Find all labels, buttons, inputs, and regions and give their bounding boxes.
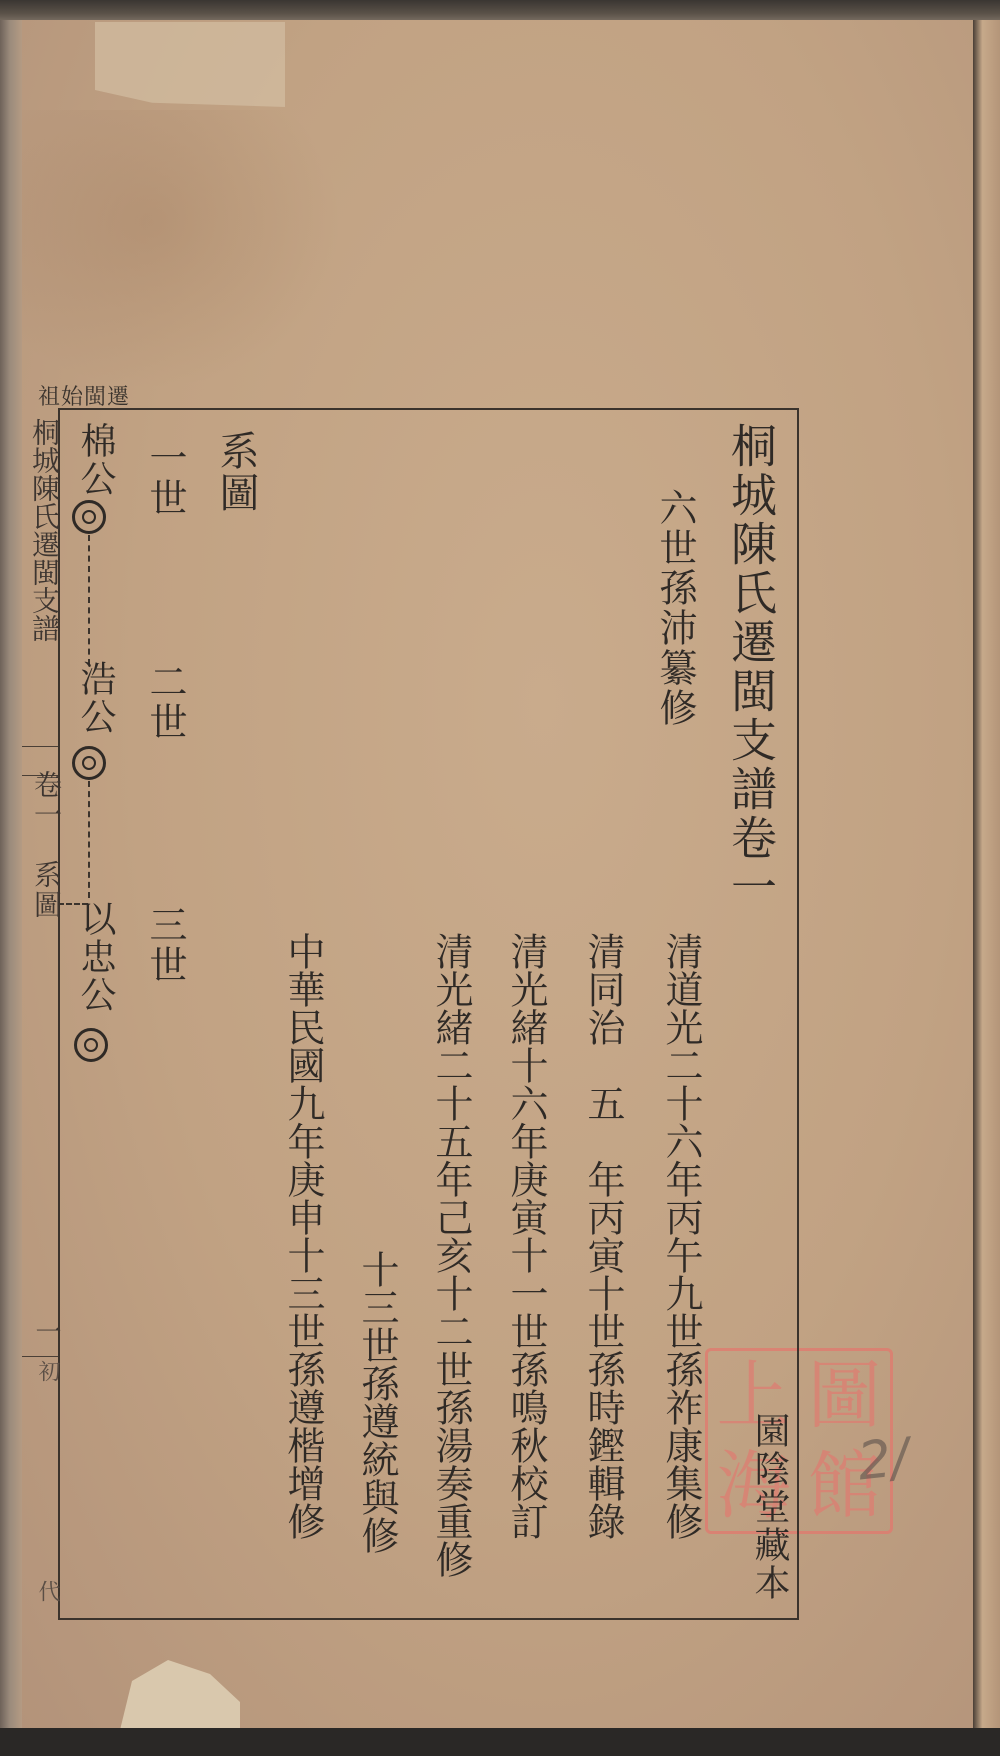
spine-section: 卷一 系圖 bbox=[26, 770, 66, 920]
spine-mark: 代 bbox=[32, 1580, 63, 1604]
edition-line: 清光緒二十五年己亥十二世孫湯奏重修 bbox=[432, 932, 470, 1578]
generation-label: 三世 bbox=[138, 905, 193, 985]
generation-label: 一世 bbox=[138, 438, 193, 518]
book-top-edge bbox=[0, 0, 1000, 22]
pencil-annotation: 2/ bbox=[855, 1428, 912, 1493]
edition-line: 清同治 五 年丙寅十世孫時鏗輯錄 bbox=[584, 932, 622, 1540]
paper-repair-patch bbox=[95, 22, 285, 107]
water-stain bbox=[22, 110, 342, 390]
seal-char: 圖 bbox=[799, 1351, 890, 1441]
spine-divider bbox=[22, 1356, 58, 1357]
ancestor-node-icon bbox=[72, 746, 106, 780]
page-number: 一 bbox=[28, 1318, 65, 1346]
ancestor-name: 浩公 bbox=[70, 660, 121, 736]
generation-label: 二世 bbox=[138, 662, 193, 742]
volume-title: 桐城陳氏遷閩支譜卷一 bbox=[718, 422, 784, 912]
book-bottom-edge bbox=[0, 1728, 1000, 1756]
compiler-credit: 六世孫沛纂修 bbox=[648, 488, 703, 728]
page-right-edge bbox=[973, 20, 1000, 1730]
ancestor-name: 棉公 bbox=[70, 422, 121, 498]
owner-mark: 園陰堂藏本 bbox=[744, 1412, 795, 1602]
lineage-line bbox=[88, 535, 90, 665]
migration-ancestor-label: 遷閩始祖 bbox=[38, 380, 130, 411]
book-spine bbox=[0, 20, 22, 1730]
spine-mark: 初 bbox=[32, 1360, 63, 1384]
edition-line: 清道光二十六年丙午九世孫祚康集修 bbox=[662, 932, 700, 1540]
edition-line: 中華民國九年庚申十三世孫遵楷增修 bbox=[284, 932, 322, 1540]
ancestor-name: 以忠公 bbox=[70, 900, 121, 1014]
ancestor-node-icon bbox=[74, 1028, 108, 1062]
spine-book-title: 桐城陳氏遷閩支譜 bbox=[24, 418, 64, 642]
edition-line: 清光緒十六年庚寅十一世孫鳴秋校訂 bbox=[507, 932, 545, 1540]
edition-line: 十三世孫遵統與修 bbox=[358, 1250, 396, 1554]
section-title: 系圖 bbox=[208, 430, 265, 514]
lineage-line bbox=[88, 781, 90, 898]
ancestor-node-icon bbox=[72, 500, 106, 534]
